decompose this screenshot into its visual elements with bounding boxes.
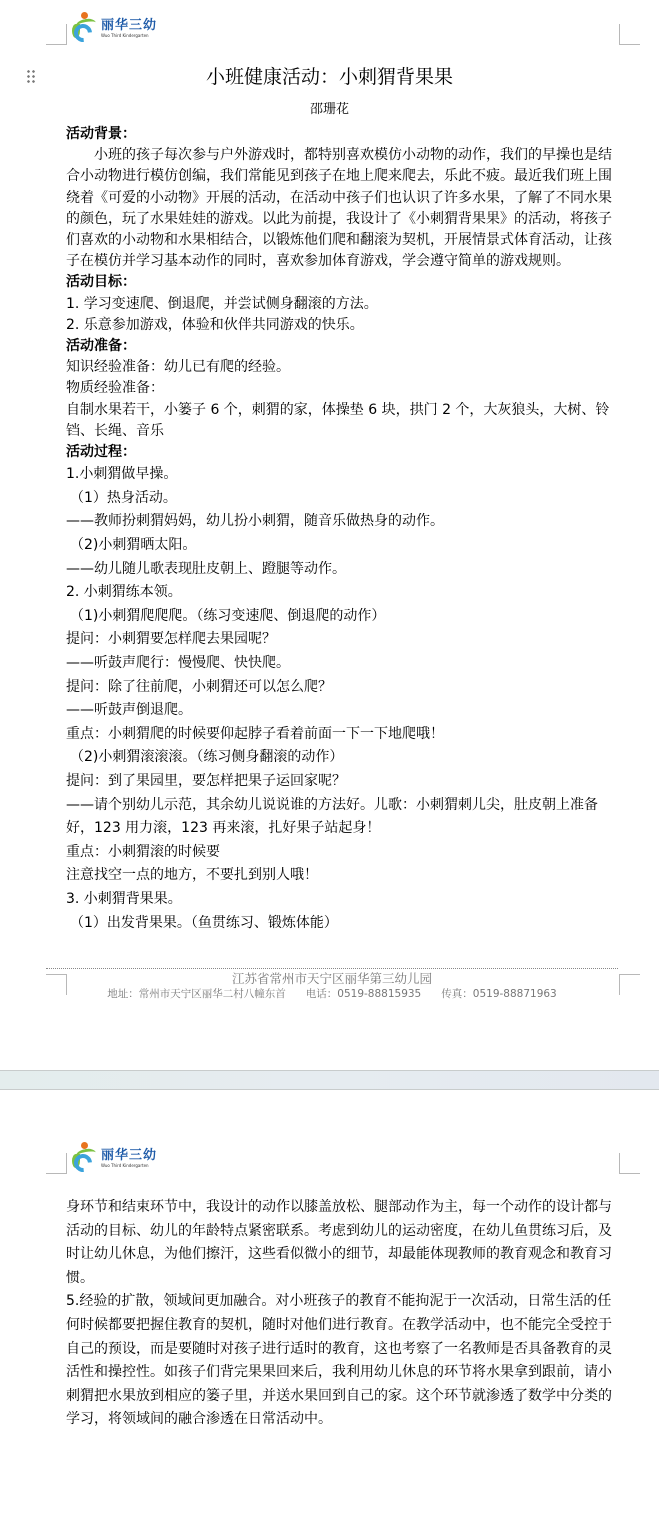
logo-name: 丽华三幼 [101,19,157,33]
process-detail: ——请个别幼儿示范，其余幼儿说说谁的方法好。儿歌：小刺猬刺儿尖，肚皮朝上准备好，… [66,794,621,841]
process-step: 3. 小刺猬背果果。 [66,888,621,912]
process-detail: ——幼儿随儿歌表现肚皮朝上、蹬腿等动作。 [66,558,621,582]
goal-item: 2. 乐意参加游戏，体验和伙伴共同游戏的快乐。 [66,315,621,336]
footer-address: 地址：常州市天宁区丽华二村八幢东首 [107,988,286,1000]
page-2-body: 身环节和结束环节中，我设计的动作以膝盖放松、腿部动作为主，每一个动作的设计都与活… [66,1196,621,1432]
document-page-2: 丽华三幼 Wuo Third Kindergarten 身环节和结束环节中，我设… [0,1090,659,1517]
process-key-point: 重点：小刺猬滚的时候要 [66,841,621,865]
page-footer: 江苏省常州市天宁区丽华第三幼儿园 地址：常州市天宁区丽华二村八幢东首 电话：05… [46,968,618,1002]
logo-subtitle: Wuo Third Kindergarten [101,1163,157,1169]
background-paragraph: 小班的孩子每次参与户外游戏时，都特别喜欢模仿小动物的动作，我们的早操也是结合小动… [66,145,621,272]
section-heading-process: 活动过程： [66,442,621,463]
process-key-point: 重点：小刺猬爬的时候要仰起脖子看着前面一下一下地爬哦！ [66,723,621,747]
margin-corner-bottom-right [619,974,640,995]
header-logo: 丽华三幼 Wuo Third Kindergarten [72,1142,157,1176]
document-title: 小班健康活动：小刺猬背果果 [0,65,659,89]
process-step: 2. 小刺猬练本领。 [66,581,621,605]
process-substep: （2)小刺猬滚滚滚。（练习侧身翻滚的动作） [66,746,621,770]
process-detail: ——教师扮刺猬妈妈，幼儿扮小刺猬，随音乐做热身的动作。 [66,510,621,534]
margin-corner-top-left [46,1153,67,1174]
logo-name: 丽华三幼 [101,1149,157,1163]
preparation-materials: 自制水果若干，小篓子 6 个，刺猬的家，体操垫 6 块，拱门 2 个，大灰狼头，… [66,400,621,442]
footer-organization: 江苏省常州市天宁区丽华第三幼儿园 [46,970,618,987]
footer-fax: 传真：0519-88871963 [441,988,556,1000]
logo-subtitle: Wuo Third Kindergarten [101,33,157,39]
page-1-body: 活动背景： 小班的孩子每次参与户外游戏时，都特别喜欢模仿小动物的动作，我们的早操… [66,124,621,935]
margin-corner-bottom-left [46,974,67,995]
goal-item: 1. 学习变速爬、倒退爬，并尝试侧身翻滚的方法。 [66,294,621,315]
document-author: 邵珊花 [0,101,659,119]
process-detail: ——听鼓声爬行：慢慢爬、快快爬。 [66,652,621,676]
preparation-item: 知识经验准备：幼儿已有爬的经验。 [66,357,621,378]
section-heading-background: 活动背景： [66,124,621,145]
page-separator [0,1070,659,1090]
process-step: 1.小刺猬做早操。 [66,463,621,487]
process-question: 提问：到了果园里，要怎样把果子运回家呢？ [66,770,621,794]
margin-corner-top-left [46,24,67,45]
process-substep: （1）热身活动。 [66,487,621,511]
process-substep: （1)小刺猬爬爬爬。（练习变速爬、倒退爬的动作） [66,605,621,629]
margin-corner-top-right [619,1153,640,1174]
process-substep: （1）出发背果果。（鱼贯练习、锻炼体能） [66,912,621,936]
process-question: 提问：除了往前爬，小刺猬还可以怎么爬？ [66,676,621,700]
margin-corner-top-right [619,24,640,45]
process-substep: （2)小刺猬晒太阳。 [66,534,621,558]
kindergarten-logo-icon [72,1142,98,1176]
process-question: 提问：小刺猬要怎样爬去果园呢？ [66,628,621,652]
footer-contact: 地址：常州市天宁区丽华二村八幢东首 电话：0519-88815935 传真：05… [46,987,618,1002]
kindergarten-logo-icon [72,12,98,46]
footer-phone: 电话：0519-88815935 [306,988,421,1000]
document-page-1: 丽华三幼 Wuo Third Kindergarten 小班健康活动：小刺猬背果… [0,0,659,1070]
reflection-paragraph: 身环节和结束环节中，我设计的动作以膝盖放松、腿部动作为主，每一个动作的设计都与活… [66,1196,621,1290]
header-logo: 丽华三幼 Wuo Third Kindergarten [72,12,157,46]
process-detail: 注意找空一点的地方，不要扎到别人哦！ [66,864,621,888]
section-heading-preparation: 活动准备： [66,336,621,357]
reflection-paragraph: 5.经验的扩散，领域间更加融合。对小班孩子的教育不能拘泥于一次活动，日常生活的任… [66,1290,621,1432]
process-detail: ——听鼓声倒退爬。 [66,699,621,723]
preparation-item: 物质经验准备： [66,378,621,399]
section-heading-goals: 活动目标： [66,272,621,293]
